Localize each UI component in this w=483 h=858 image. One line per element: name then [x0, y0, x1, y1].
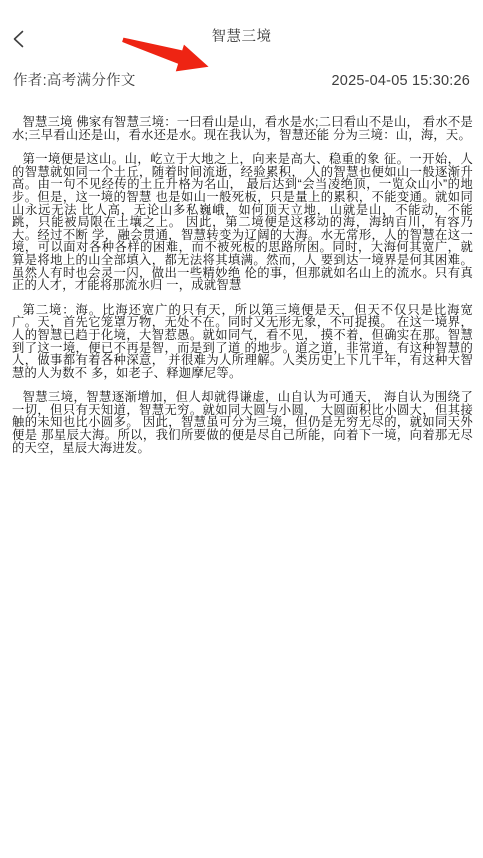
- author-label: 作者:高考满分作文: [13, 69, 136, 90]
- header-bar: 智慧三境: [0, 26, 483, 52]
- timestamp-label: 2025-04-05 15:30:26: [332, 73, 470, 89]
- chevron-left-icon: [12, 30, 24, 48]
- article-body: 智慧三境 佛家有智慧三境：一曰看山是山，看水是水;二曰看山不是山， 看水不是水;…: [12, 116, 473, 466]
- article-paragraph: 第二境：海。比海还宽广的只有天，所以第三境便是天，但天不仅只是比海宽广。天，首先…: [12, 304, 473, 380]
- page-title: 智慧三境: [0, 26, 483, 48]
- document-viewer-page: 智慧三境 作者:高考满分作文 2025-04-05 15:30:26 智慧三境 …: [0, 0, 483, 858]
- article-paragraph: 第一境便是这山。山，屹立于大地之上，向来是高大、稳重的象 征。一开始，人的智慧就…: [12, 153, 473, 292]
- meta-row: 作者:高考满分作文 2025-04-05 15:30:26: [13, 69, 470, 90]
- back-button[interactable]: [12, 28, 34, 50]
- article-paragraph: 智慧三境 佛家有智慧三境：一曰看山是山，看水是水;二曰看山不是山， 看水不是水;…: [12, 116, 473, 141]
- article-paragraph: 智慧三境，智慧逐渐增加，但人却就得谦虚，山自认为可通天， 海自认为围绕了一切，但…: [12, 391, 473, 454]
